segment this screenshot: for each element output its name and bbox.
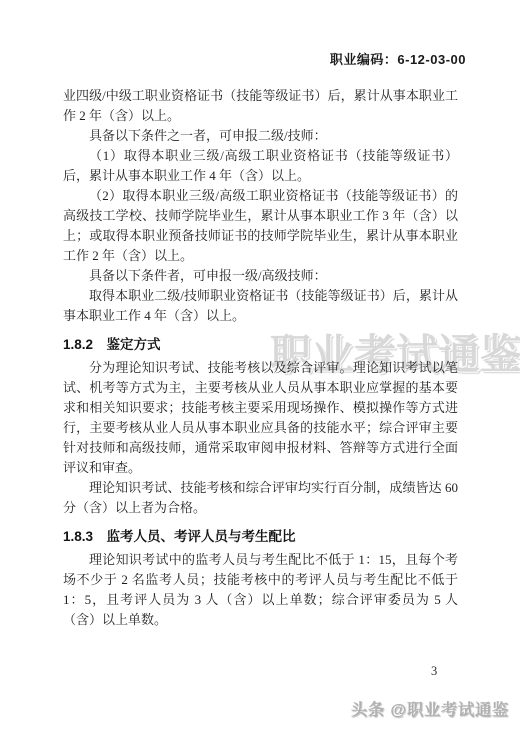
body-paragraph: 理论知识考试、技能考核和综合评审均实行百分制，成绩皆达 60 分（含）以上者为合… bbox=[63, 478, 458, 518]
section-heading-1-8-3: 1.8.3 监考人员、考评人员与考生配比 bbox=[63, 527, 458, 547]
body-paragraph: 分为理论知识考试、技能考核以及综合评审。理论知识考试以笔试、机考等方式为主，主要… bbox=[63, 358, 458, 478]
body-paragraph: 理论知识考试中的监考人员与考生配比不低于 1：15，且每个考场不少于 2 名监考… bbox=[63, 550, 458, 630]
page-number: 3 bbox=[431, 664, 437, 679]
body-paragraph: 具备以下条件者，可申报一级/高级技师： bbox=[63, 266, 458, 286]
body-paragraph: （2）取得本职业三级/高级工职业资格证书（技能等级证书）的高级技工学校、技师学院… bbox=[63, 186, 458, 266]
body-paragraph: （1）取得本职业三级/高级工职业资格证书（技能等级证书）后，累计从事本职业工作 … bbox=[63, 146, 458, 186]
occupation-code-header: 职业编码：6-12-03-00 bbox=[330, 49, 466, 68]
document-page: 职业编码：6-12-03-00 职业考试通鉴 业四级/中级工职业资格证书（技能等… bbox=[0, 0, 520, 729]
body-paragraph: 取得本职业二级/技师职业资格证书（技能等级证书）后，累计从事本职业工作 4 年（… bbox=[63, 286, 458, 326]
body-paragraph: 具备以下条件之一者，可申报二级/技师： bbox=[63, 126, 458, 146]
section-heading-1-8-2: 1.8.2 鉴定方式 bbox=[63, 335, 458, 355]
document-body: 业四级/中级工职业资格证书（技能等级证书）后，累计从事本职业工作 2 年（含）以… bbox=[63, 86, 458, 630]
footer-watermark: 头条 @职业考试通鉴 bbox=[351, 697, 509, 720]
body-paragraph-continuation: 业四级/中级工职业资格证书（技能等级证书）后，累计从事本职业工作 2 年（含）以… bbox=[63, 86, 458, 126]
